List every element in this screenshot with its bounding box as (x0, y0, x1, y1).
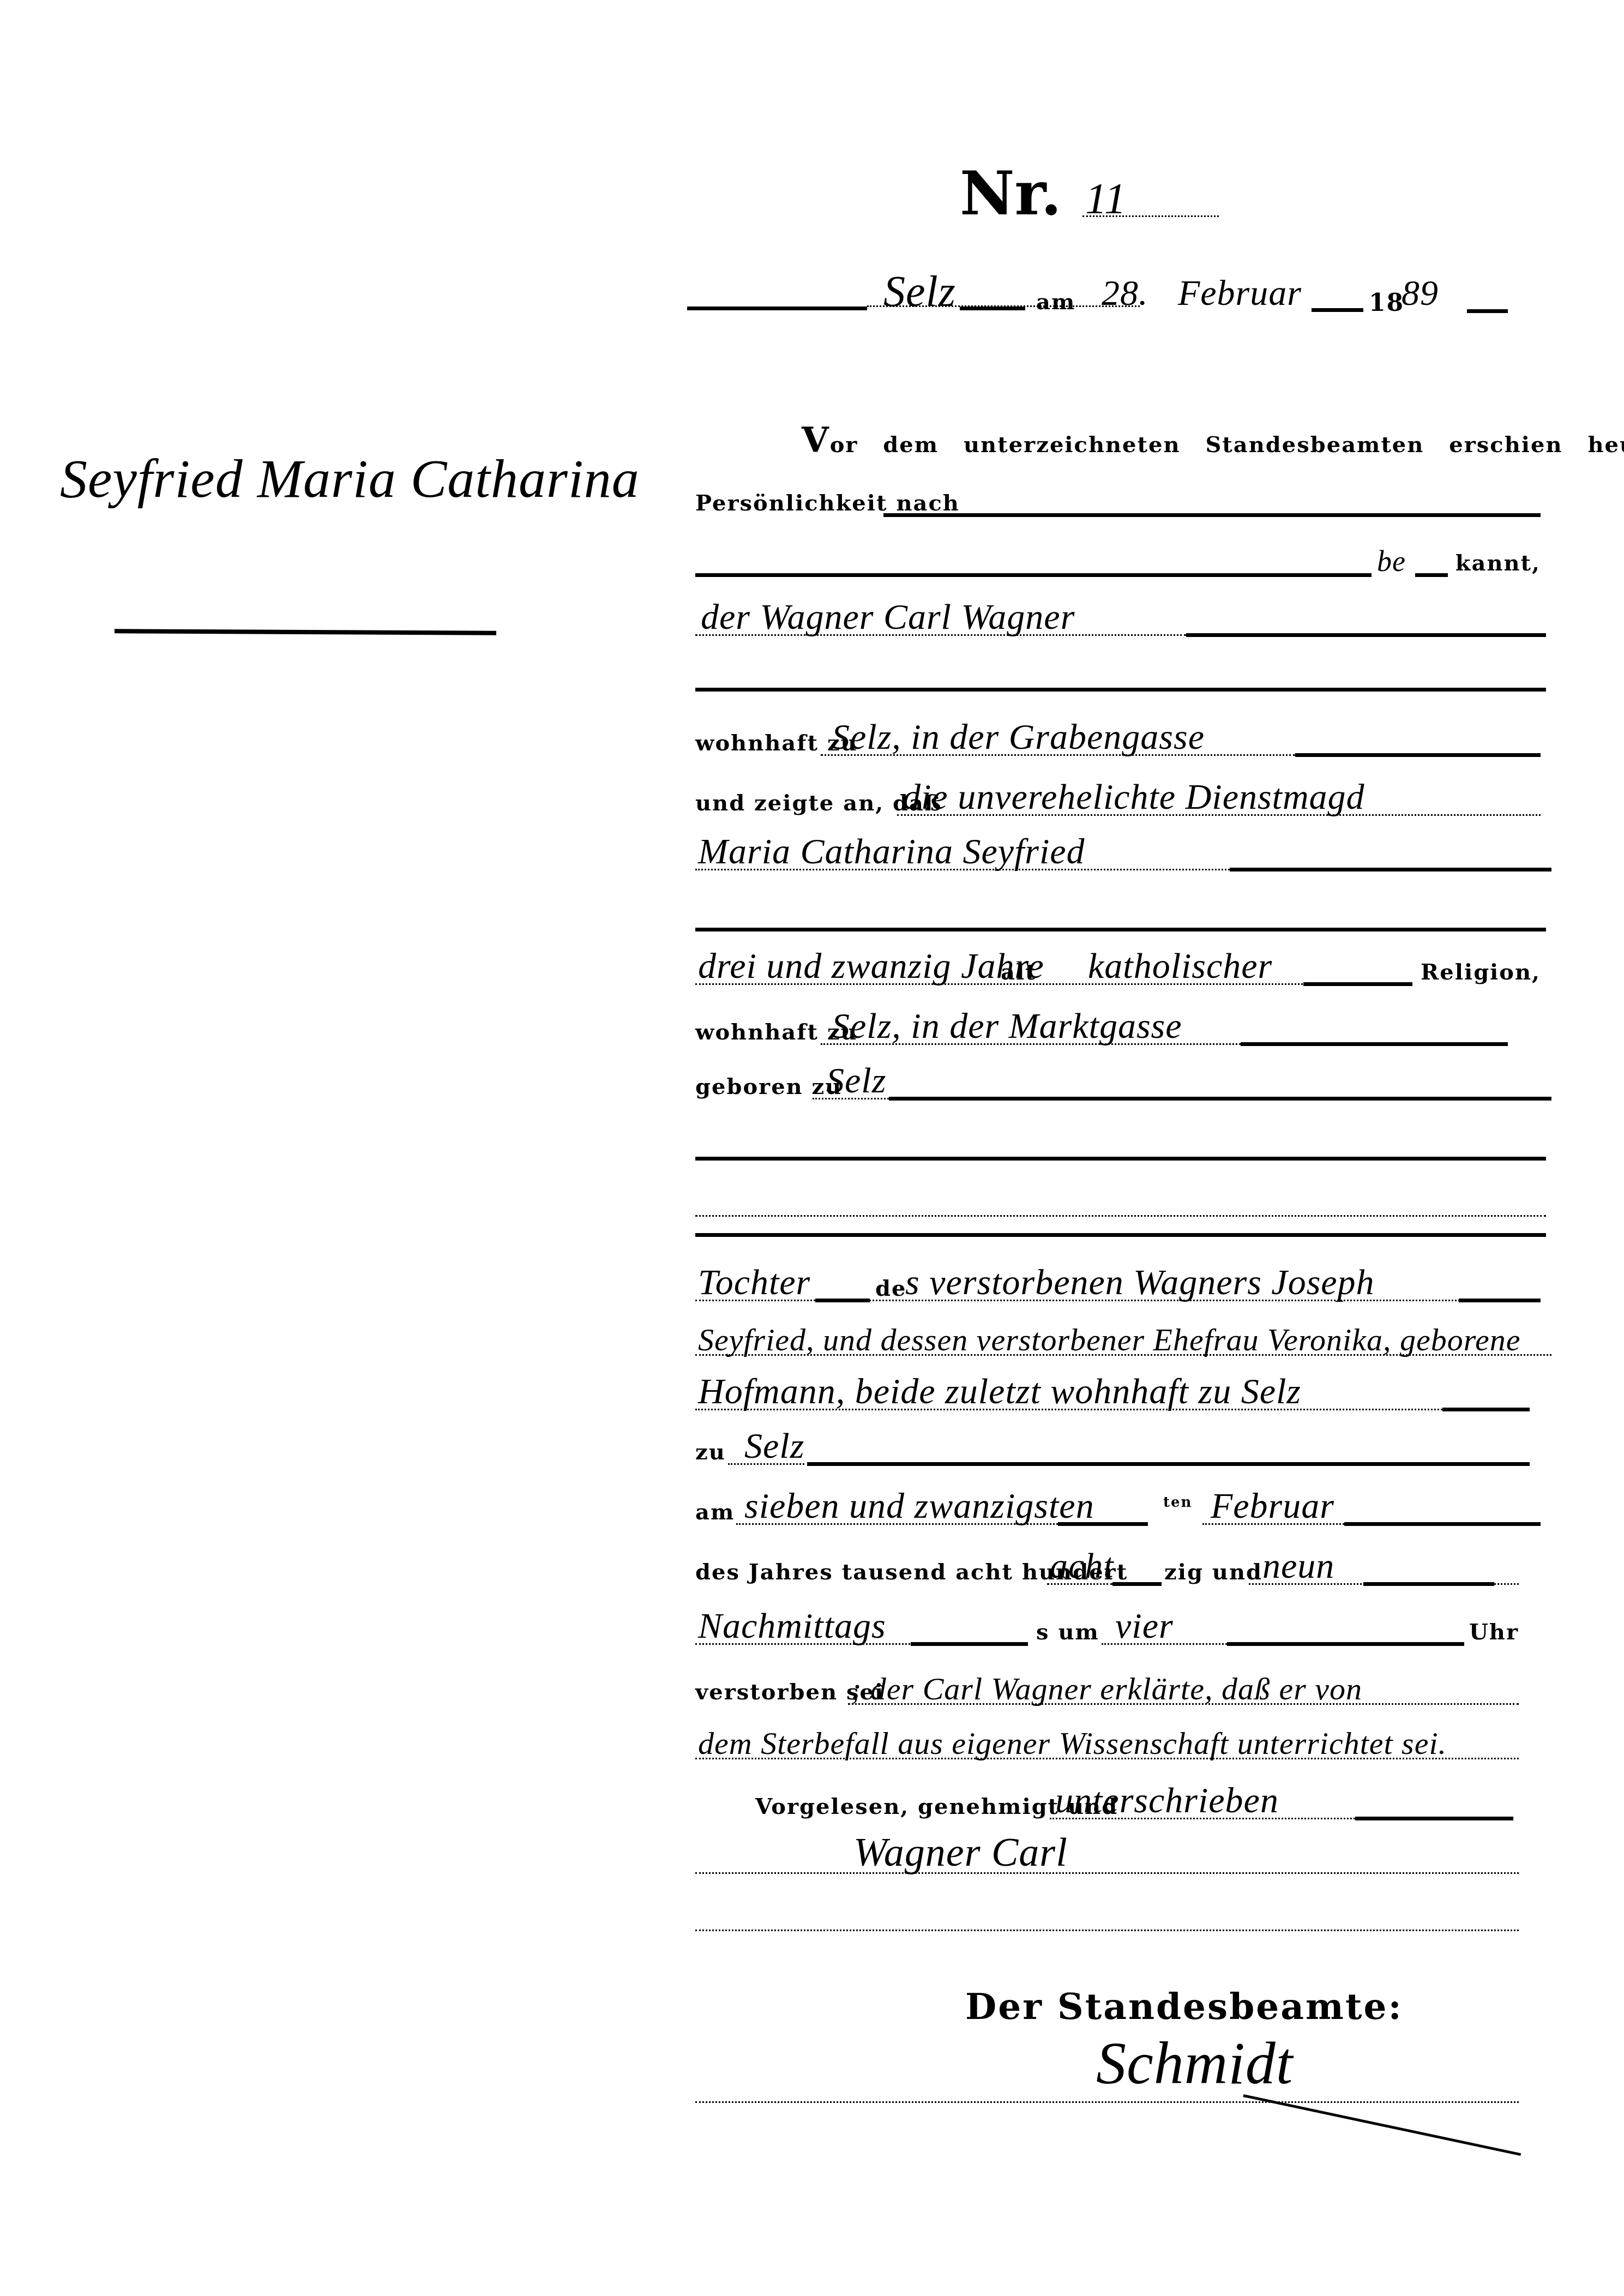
row-known: be kannt, (695, 524, 1551, 584)
rule (695, 928, 1546, 931)
year-suffix: 89 (1402, 273, 1439, 314)
rule (815, 1299, 870, 1302)
death-place-value: Selz (744, 1426, 804, 1467)
row-officer-signature (695, 2051, 1551, 2111)
row-blank-1 (695, 638, 1551, 698)
row-residence: wohnhaft zu Selz, in der Grabengasse (695, 704, 1551, 764)
year-zig-label: zig und (1164, 1559, 1262, 1585)
rule (807, 1462, 1530, 1466)
row-blank-3 (695, 1107, 1551, 1167)
rule (1230, 868, 1551, 871)
date-month: Februar (1178, 273, 1302, 314)
residence-value: Selz, in der Grabengasse (832, 717, 1205, 758)
mother-value: Seyfried, und dessen verstorbener Ehefra… (698, 1321, 1521, 1358)
row-report: und zeigte an, daß die unverehelichte Di… (695, 764, 1551, 824)
rule (1186, 633, 1546, 637)
rule (1227, 1642, 1464, 1646)
rule (1355, 1817, 1513, 1820)
rule (695, 688, 1546, 692)
parents-residence-value: Hofmann, beide zuletzt wohnhaft zu Selz (698, 1371, 1301, 1413)
row-parents-2: Seyfried, und dessen verstorbener Ehefra… (695, 1303, 1551, 1363)
deceased-residence-value: Selz, in der Marktgasse (832, 1006, 1182, 1047)
informant-signature: Wagner Carl (853, 1830, 1068, 1876)
rule (1415, 573, 1448, 577)
time-um-label: s um (1036, 1619, 1099, 1645)
death-day-value: sieben und zwanzigsten (744, 1486, 1094, 1527)
rule (1112, 1582, 1162, 1586)
rule (695, 1157, 1546, 1161)
row-approval: Vorgelesen, genehmigt und unterschrieben (695, 1767, 1551, 1827)
ten-label: ten (1163, 1494, 1192, 1511)
row-identity: Persönlichkeit nach (695, 464, 1551, 524)
row-deceased-residence: wohnhaft zu Selz, in der Marktgasse (695, 993, 1551, 1053)
row-age-religion: drei und zwanzig Jahre alt katholischer … (695, 933, 1551, 993)
rule (1241, 1042, 1508, 1046)
relation-value: Tochter (698, 1262, 810, 1303)
rule (1312, 308, 1363, 312)
rule (687, 306, 867, 310)
row-death-time: Nachmittags s um vier Uhr (695, 1592, 1551, 1652)
rule (1303, 982, 1412, 986)
rule (889, 1097, 1551, 1101)
informant-name: der Wagner Carl Wagner (701, 597, 1075, 638)
officer-title: Der Standesbeamte: (965, 1985, 1403, 2028)
religion-label: Religion, (1421, 959, 1541, 985)
rule (1295, 753, 1541, 757)
report-value: die unverehelichte Dienstmagd (903, 777, 1365, 818)
hour-label: Uhr (1469, 1619, 1519, 1645)
rule (695, 2101, 1519, 2103)
date-prefix: am (1036, 289, 1075, 315)
rule (1344, 1522, 1541, 1526)
born-label: geboren zu (695, 1074, 842, 1099)
row-parents-1: Tochter de s verstorbenen Wagners Joseph (695, 1249, 1551, 1309)
declaration-line-2: dem Sterbefall aus eigener Wissenschaft … (698, 1725, 1447, 1762)
age-value: drei und zwanzig Jahre (698, 946, 1044, 987)
year-unit-value: neun (1262, 1546, 1334, 1587)
age-label: alt (1001, 959, 1037, 985)
rule (695, 1930, 1519, 1931)
record-number-label: Nr. (960, 158, 1062, 229)
row-blank-5 (695, 1183, 1551, 1243)
row-parents-3: Hofmann, beide zuletzt wohnhaft zu Selz (695, 1358, 1551, 1418)
row-death-year: des Jahres tausend acht hundert acht zig… (695, 1532, 1551, 1592)
row-deceased-name: Maria Catharina Seyfried (695, 818, 1551, 878)
rule (911, 1642, 1028, 1646)
row-death-day: am sieben und zwanzigsten ten Februar (695, 1472, 1551, 1532)
date-line: Selz am 28. Februar 18 89 (687, 256, 1532, 333)
death-place-label: zu (695, 1439, 726, 1465)
intro-body: or dem unterzeichneten Standesbeamten er… (830, 432, 1624, 458)
deceased-name: Maria Catharina Seyfried (698, 831, 1085, 873)
death-month-value: Februar (1211, 1486, 1334, 1527)
rule (1363, 1582, 1494, 1586)
row-born: geboren zu Selz (695, 1047, 1551, 1107)
rule (960, 306, 1025, 310)
identity-label: Persönlichkeit nach (695, 490, 960, 516)
record-number-rule (1082, 215, 1219, 217)
rule (1442, 1408, 1530, 1411)
margin-deceased-name: Seyfried Maria Catharina (60, 447, 640, 510)
rule (1459, 1299, 1541, 1302)
year-prefix: 18 (1369, 289, 1404, 317)
intro-text: Vor dem unterzeichneten Standesbeamten e… (802, 420, 1624, 461)
approval-value: unterschrieben (1055, 1780, 1279, 1822)
death-day-label: am (695, 1499, 735, 1525)
row-informant: der Wagner Carl Wagner (695, 584, 1551, 644)
rule (1467, 309, 1508, 313)
rule (695, 1233, 1546, 1237)
row-blank-2 (695, 878, 1551, 938)
father-value: s verstorbenen Wagners Joseph (905, 1262, 1375, 1303)
time-of-day-value: Nachmittags (698, 1606, 886, 1647)
row-death-place: zu Selz (695, 1413, 1551, 1472)
hour-value: vier (1115, 1606, 1174, 1647)
declaration-line-1: ; der Carl Wagner erklärte, daß er von (851, 1670, 1362, 1707)
known-prefix: be (1377, 544, 1406, 578)
rule (695, 1872, 1519, 1874)
born-value: Selz (826, 1060, 886, 1102)
known-label: kannt, (1455, 550, 1541, 576)
row-informant-signature: Wagner Carl (695, 1822, 1551, 1882)
year-decade-value: acht (1050, 1546, 1114, 1587)
rule (883, 513, 1541, 517)
date-day: 28. (1102, 273, 1148, 314)
row-died: verstorben sei ; der Carl Wagner erklärt… (695, 1652, 1551, 1712)
row-declaration: dem Sterbefall aus eigener Wissenschaft … (695, 1707, 1551, 1767)
row-blank-6 (695, 1879, 1551, 1939)
rule (695, 573, 1372, 577)
place-of-registry: Selz (883, 267, 956, 317)
margin-rule (115, 629, 496, 635)
religion-value: katholischer (1088, 946, 1272, 987)
relation-de-label: de (875, 1276, 906, 1301)
intro-initial: V (802, 420, 830, 461)
rule (1058, 1522, 1148, 1526)
